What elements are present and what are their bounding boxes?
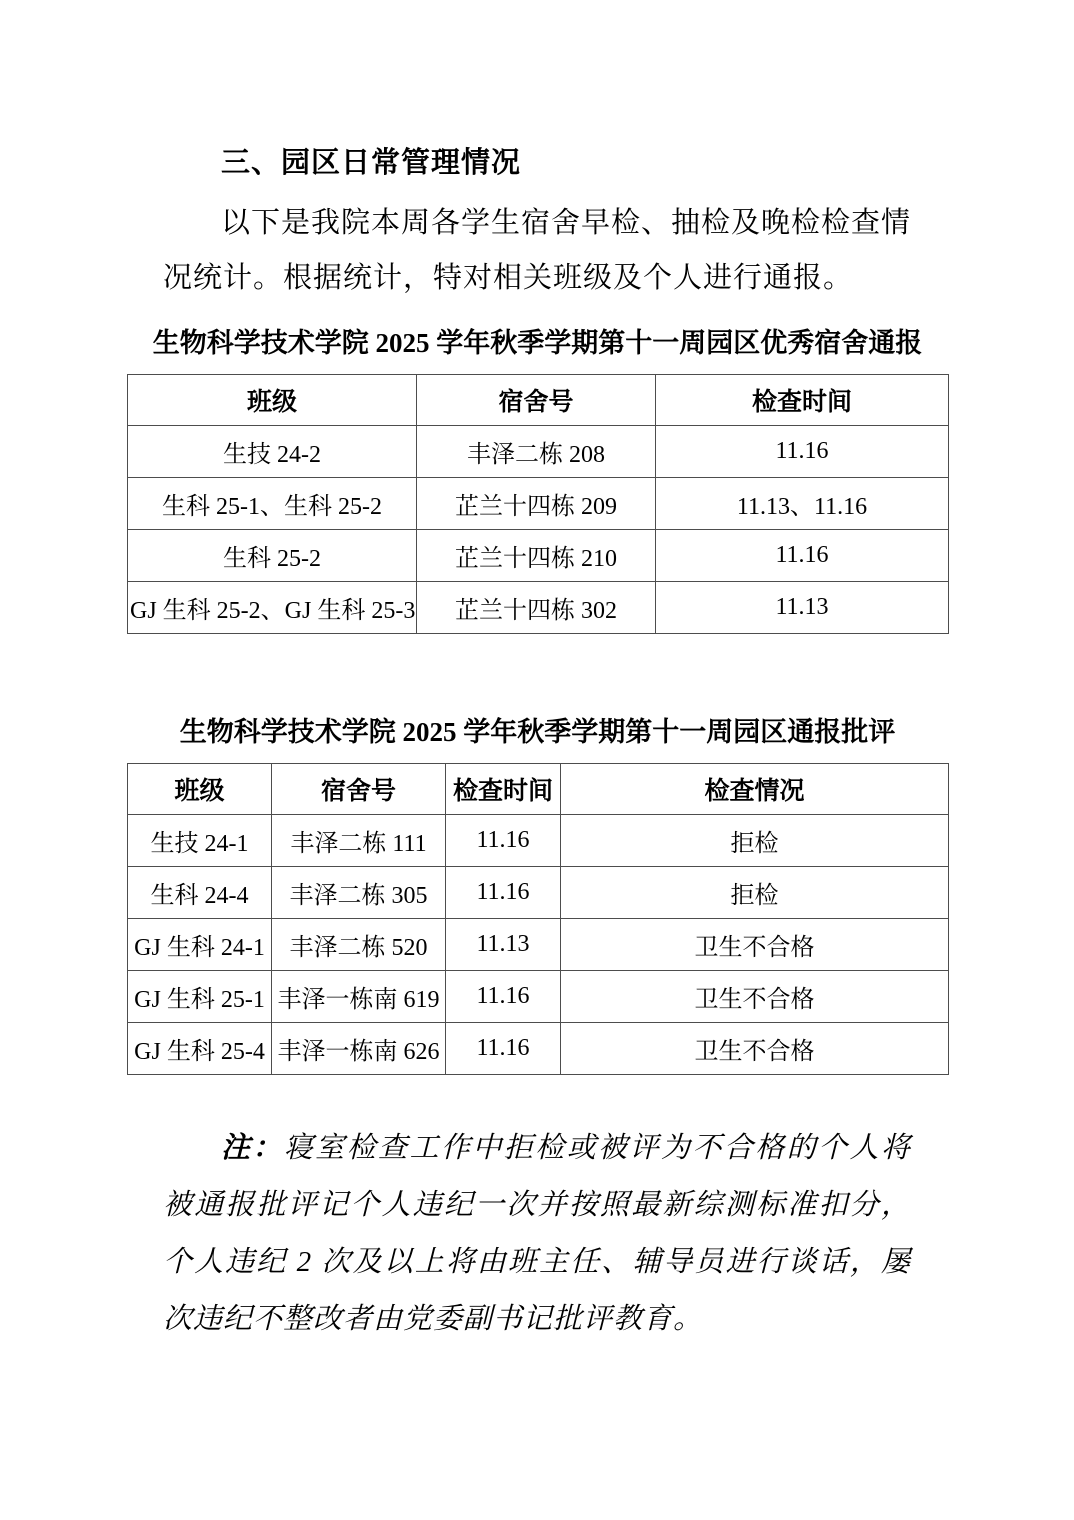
intro-paragraph: 以下是我院本周各学生宿舍早检、抽检及晚检检查情况统计。根据统计，特对相关班级及个… xyxy=(163,196,911,306)
cell-dorm-number: 丰泽二栋 208 xyxy=(417,426,656,478)
table-row: 生技 24-2 丰泽二栋 208 11.16 xyxy=(128,426,949,478)
cell-class: GJ 生科 25-2、GJ 生科 25-3 xyxy=(128,582,417,634)
table-header-row: 班级 宿舍号 检查时间 xyxy=(128,375,949,426)
cell-class: GJ 生科 25-4 xyxy=(128,1023,272,1075)
table-row: GJ 生科 24-1 丰泽二栋 520 11.13 卫生不合格 xyxy=(128,919,949,971)
table-header-row: 班级 宿舍号 检查时间 检查情况 xyxy=(128,764,949,815)
document-content: 三、园区日常管理情况 以下是我院本周各学生宿舍早检、抽检及晚检检查情况统计。根据… xyxy=(127,145,948,1348)
cell-class: 生科 24-4 xyxy=(128,867,272,919)
column-header-inspection-time: 检查时间 xyxy=(656,375,949,426)
table-row: GJ 生科 25-2、GJ 生科 25-3 芷兰十四栋 302 11.13 xyxy=(128,582,949,634)
table-row: GJ 生科 25-4 丰泽一栋南 626 11.16 卫生不合格 xyxy=(128,1023,949,1075)
excellent-dorm-table: 班级 宿舍号 检查时间 生技 24-2 丰泽二栋 208 11.16 生科 25… xyxy=(127,374,949,634)
cell-dorm-number: 芷兰十四栋 210 xyxy=(417,530,656,582)
cell-dorm-number: 丰泽一栋南 619 xyxy=(272,971,446,1023)
column-header-inspection-result: 检查情况 xyxy=(561,764,949,815)
cell-inspection-result: 拒检 xyxy=(561,815,949,867)
table-row: GJ 生科 25-1 丰泽一栋南 619 11.16 卫生不合格 xyxy=(128,971,949,1023)
cell-class: 生科 25-1、生科 25-2 xyxy=(128,478,417,530)
criticism-table-title: 生物科学技术学院 2025 学年秋季学期第十一周园区通报批评 xyxy=(127,713,948,751)
cell-inspection-time: 11.16 xyxy=(446,867,561,919)
cell-inspection-time: 11.13 xyxy=(446,919,561,971)
cell-inspection-result: 卫生不合格 xyxy=(561,1023,949,1075)
note-paragraph: 注：寝室检查工作中拒检或被评为不合格的个人将被通报批评记个人违纪一次并按照最新综… xyxy=(163,1120,911,1348)
excellent-dorm-table-title: 生物科学技术学院 2025 学年秋季学期第十一周园区优秀宿舍通报 xyxy=(127,324,948,362)
column-header-class: 班级 xyxy=(128,375,417,426)
cell-class: GJ 生科 25-1 xyxy=(128,971,272,1023)
cell-class: 生科 25-2 xyxy=(128,530,417,582)
column-header-class: 班级 xyxy=(128,764,272,815)
cell-inspection-time: 11.16 xyxy=(446,1023,561,1075)
column-header-inspection-time: 检查时间 xyxy=(446,764,561,815)
cell-dorm-number: 芷兰十四栋 302 xyxy=(417,582,656,634)
table-row: 生科 25-1、生科 25-2 芷兰十四栋 209 11.13、11.16 xyxy=(128,478,949,530)
cell-inspection-time: 11.16 xyxy=(446,815,561,867)
section-heading: 三、园区日常管理情况 xyxy=(163,145,911,181)
cell-dorm-number: 丰泽二栋 520 xyxy=(272,919,446,971)
note-label: 注： xyxy=(221,1132,284,1164)
cell-inspection-time: 11.16 xyxy=(656,530,949,582)
cell-inspection-time: 11.13 xyxy=(656,582,949,634)
document-page: 三、园区日常管理情况 以下是我院本周各学生宿舍早检、抽检及晚检检查情况统计。根据… xyxy=(0,0,1074,1520)
cell-inspection-time: 11.16 xyxy=(446,971,561,1023)
table-row: 生科 24-4 丰泽二栋 305 11.16 拒检 xyxy=(128,867,949,919)
cell-inspection-time: 11.16 xyxy=(656,426,949,478)
cell-dorm-number: 丰泽二栋 305 xyxy=(272,867,446,919)
table-row: 生科 25-2 芷兰十四栋 210 11.16 xyxy=(128,530,949,582)
column-header-dorm-number: 宿舍号 xyxy=(417,375,656,426)
criticism-table: 班级 宿舍号 检查时间 检查情况 生技 24-1 丰泽二栋 111 11.16 … xyxy=(127,763,949,1075)
cell-class: 生技 24-1 xyxy=(128,815,272,867)
cell-inspection-result: 卫生不合格 xyxy=(561,919,949,971)
cell-dorm-number: 丰泽二栋 111 xyxy=(272,815,446,867)
cell-class: GJ 生科 24-1 xyxy=(128,919,272,971)
cell-inspection-result: 拒检 xyxy=(561,867,949,919)
cell-inspection-result: 卫生不合格 xyxy=(561,971,949,1023)
column-header-dorm-number: 宿舍号 xyxy=(272,764,446,815)
cell-dorm-number: 丰泽一栋南 626 xyxy=(272,1023,446,1075)
cell-inspection-time: 11.13、11.16 xyxy=(656,478,949,530)
cell-dorm-number: 芷兰十四栋 209 xyxy=(417,478,656,530)
table-row: 生技 24-1 丰泽二栋 111 11.16 拒检 xyxy=(128,815,949,867)
cell-class: 生技 24-2 xyxy=(128,426,417,478)
